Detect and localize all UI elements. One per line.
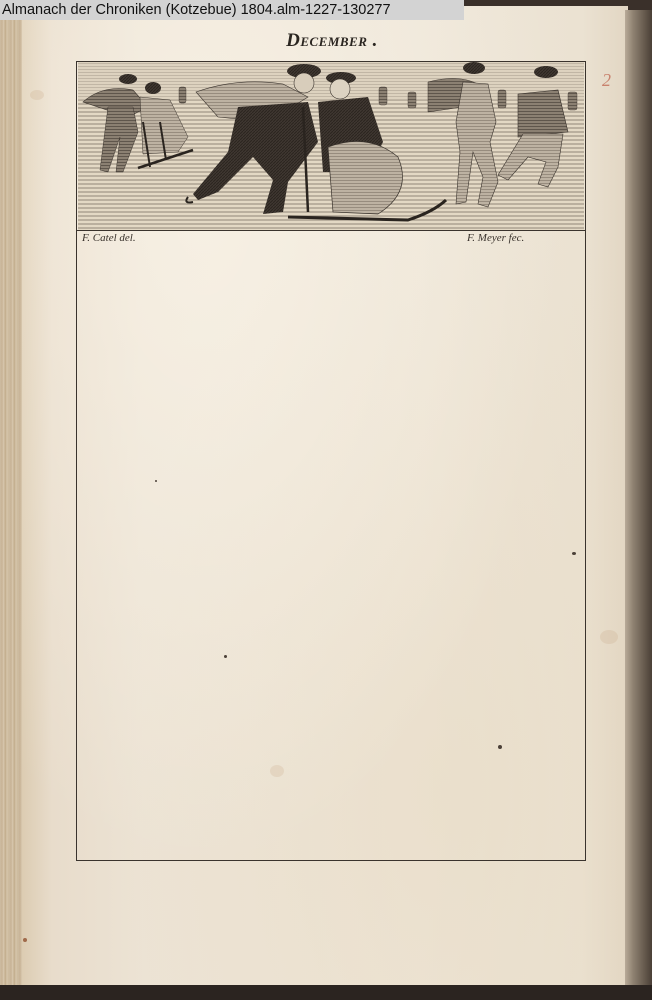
book-bottom-edge [0,985,652,1000]
heading-period: . [367,30,378,51]
paper-stain [600,630,618,644]
skating-scene [78,62,584,230]
window-title: Almanach der Chroniken (Kotzebue) 1804.a… [0,0,464,20]
paper-speck [23,938,27,942]
month-heading: December . [0,30,652,52]
month-name: December [274,30,367,51]
book-right-edge [625,10,652,985]
artist-credit: F. Catel del. [82,232,136,244]
engraver-credit: F. Meyer fec. [467,232,524,244]
engraving-illustration [78,62,584,230]
pencil-folio-mark: 2 [602,70,611,91]
engraving-bottom-rule [77,230,585,231]
paper-stain [30,90,44,100]
